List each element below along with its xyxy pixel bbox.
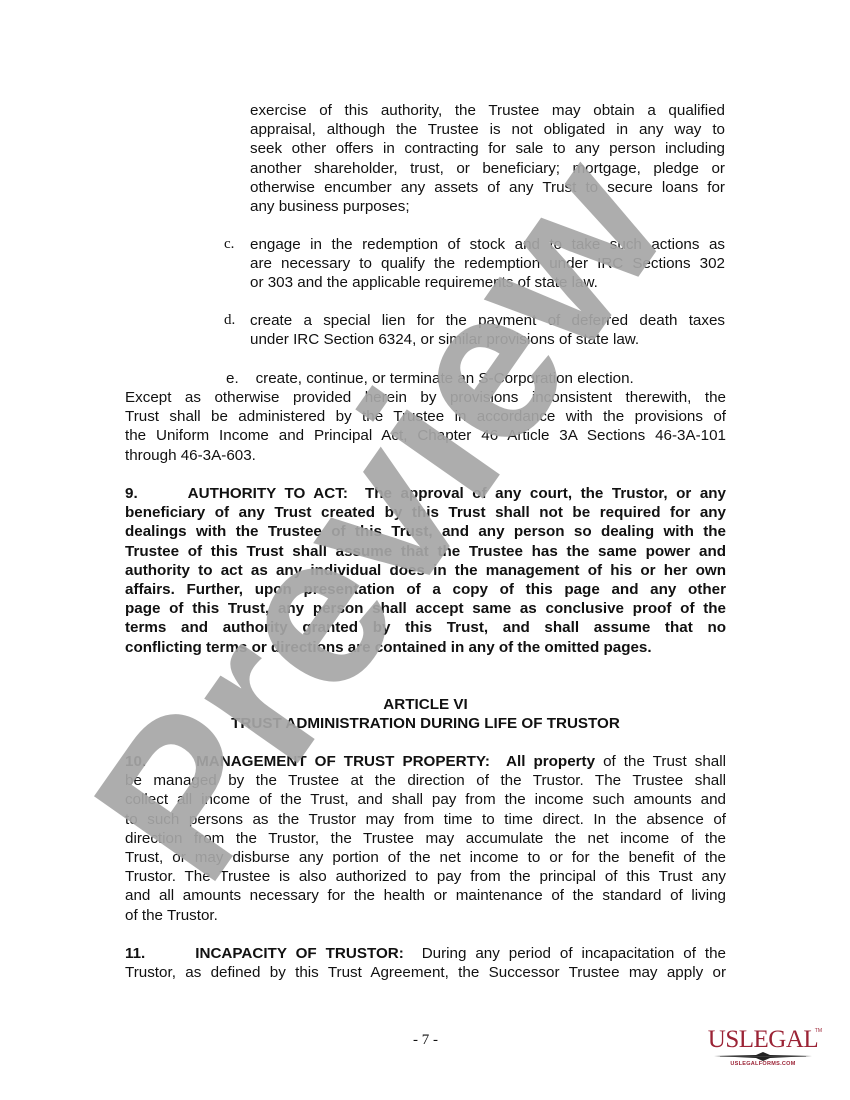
- text-line: Trust, or may disburse any portion of th…: [125, 848, 726, 867]
- text-line: Trustor. The Trustee is also authorized …: [125, 867, 726, 886]
- text-line: dealings with the Trustee of this Trust,…: [125, 522, 726, 541]
- section-10-management-of-trust-property: 10.MANAGEMENT OF TRUST PROPERTY: All pro…: [125, 752, 726, 925]
- text-line: any business purposes;: [250, 197, 725, 216]
- text-line: page of this Trust, any person shall acc…: [125, 599, 726, 618]
- text-fragment: The approval of any court, the Trustor, …: [365, 485, 726, 502]
- text-line: and all amounts necessary for the health…: [125, 886, 726, 905]
- text-line: Trustee of this Trust shall assume that …: [125, 542, 726, 561]
- text-line: engage in the redemption of stock and to…: [250, 235, 725, 254]
- text-line: through 46-3A-603.: [125, 446, 726, 465]
- text-line: beneficiary of any Trust created by this…: [125, 503, 726, 522]
- section-first-line: 10.MANAGEMENT OF TRUST PROPERTY: All pro…: [125, 752, 726, 771]
- section-9-authority-to-act: 9.AUTHORITY TO ACT: The approval of any …: [125, 484, 726, 657]
- text-line: be managed by the Trustee at the directi…: [125, 771, 726, 790]
- article-subtitle: TRUST ADMINISTRATION DURING LIFE OF TRUS…: [125, 714, 726, 733]
- logo-brand: USLEGAL: [706, 1026, 820, 1054]
- bold-lead: All property: [506, 753, 595, 770]
- text-line: or 303 and the applicable requirements o…: [250, 273, 725, 292]
- continuation-paragraph: exercise of this authority, the Trustee …: [250, 101, 725, 216]
- uslegal-logo[interactable]: USLEGAL TM USLEGALFORMS.COM: [706, 1026, 820, 1070]
- text-line: Except as otherwise provided herein by p…: [125, 388, 726, 407]
- logo-trademark: TM: [815, 1028, 822, 1034]
- list-item-c: engage in the redemption of stock and to…: [250, 235, 725, 293]
- text-line: create, continue, or terminate an S-Corp…: [256, 370, 634, 387]
- section-first-line: 9.AUTHORITY TO ACT: The approval of any …: [125, 484, 726, 503]
- list-marker-c: c.: [224, 236, 234, 253]
- text-line: Trustor, as defined by this Trust Agreem…: [125, 963, 726, 982]
- list-marker-e: e.: [226, 370, 239, 387]
- article-heading: ARTICLE VI TRUST ADMINISTRATION DURING L…: [125, 695, 726, 733]
- text-line: exercise of this authority, the Trustee …: [250, 101, 725, 120]
- section-number: 11.: [125, 945, 145, 962]
- text-fragment: During any period of incapacitation of t…: [422, 945, 726, 962]
- text-line: authority to act as any individual does …: [125, 561, 726, 580]
- list-item-e: e. create, continue, or terminate an S-C…: [226, 369, 726, 388]
- text-line: to such persons as the Trustor may from …: [125, 810, 726, 829]
- document-page: exercise of this authority, the Trustee …: [0, 0, 850, 1100]
- section-heading: INCAPACITY OF TRUSTOR:: [195, 945, 404, 962]
- text-line: terms and authority granted by this Trus…: [125, 618, 726, 637]
- text-line: appraisal, although the Trustee is not o…: [250, 120, 725, 139]
- text-line: otherwise encumber any assets of any Tru…: [250, 178, 725, 197]
- text-line: conflicting terms or directions are cont…: [125, 638, 726, 657]
- text-line: seek other offers in contracting for sal…: [250, 139, 725, 158]
- list-marker-d: d.: [224, 312, 235, 329]
- logo-website: USLEGALFORMS.COM: [706, 1061, 820, 1067]
- text-line: under IRC Section 6324, or similar provi…: [250, 330, 725, 349]
- section-11-incapacity-of-trustor: 11.INCAPACITY OF TRUSTOR: During any per…: [125, 944, 726, 982]
- text-line: collect all income of the Trust, and sha…: [125, 790, 726, 809]
- article-title: ARTICLE VI: [125, 695, 726, 714]
- text-line: create a special lien for the payment of…: [250, 311, 725, 330]
- text-fragment: of the Trust shall: [603, 753, 726, 770]
- list-item-d: create a special lien for the payment of…: [250, 311, 725, 349]
- text-line: affairs. Further, upon presentation of a…: [125, 580, 726, 599]
- page-number: - 7 -: [125, 1031, 726, 1050]
- text-line: direction from the Trustor, the Trustee …: [125, 829, 726, 848]
- section-heading: MANAGEMENT OF TRUST PROPERTY:: [196, 753, 490, 770]
- text-line: another shareholder, trust, or beneficia…: [250, 159, 725, 178]
- section-number: 10.: [125, 753, 146, 770]
- text-line: of the Trustor.: [125, 906, 726, 925]
- section-number: 9.: [125, 485, 138, 502]
- text-line: are necessary to qualify the redemption …: [250, 254, 725, 273]
- eagle-wings-icon: [712, 1052, 814, 1061]
- administration-paragraph: Except as otherwise provided herein by p…: [125, 388, 726, 465]
- section-heading: AUTHORITY TO ACT:: [188, 485, 348, 502]
- section-first-line: 11.INCAPACITY OF TRUSTOR: During any per…: [125, 944, 726, 963]
- text-line: Trust shall be administered by the Trust…: [125, 407, 726, 426]
- text-line: the Uniform Income and Principal Act, Ch…: [125, 426, 726, 445]
